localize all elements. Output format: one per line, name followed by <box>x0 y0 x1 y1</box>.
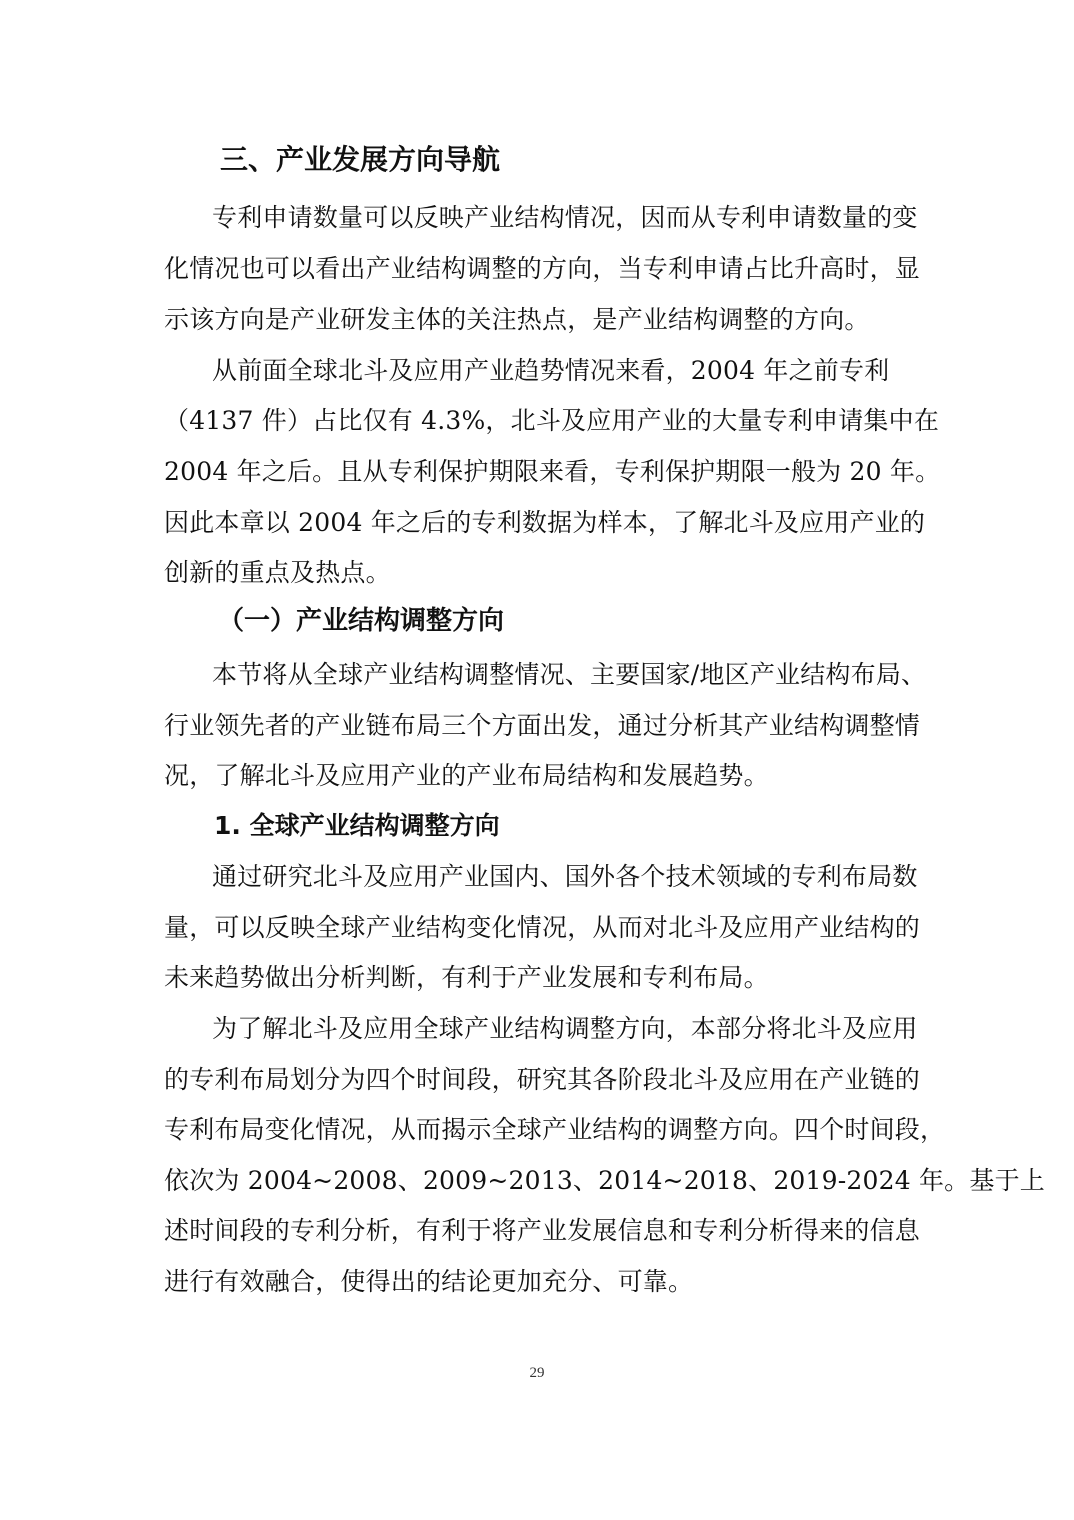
paragraph-2-line: 从前面全球北斗及应用产业趋势情况来看，2004 年之前专利 <box>212 356 912 386</box>
subsection-heading: （一）产业结构调整方向 <box>218 605 504 637</box>
paragraph-4-line: 量，可以反映全球产业结构变化情况，从而对北斗及应用产业结构的 <box>164 913 912 943</box>
paragraph-1-line: 化情况也可以看出产业结构调整的方向，当专利申请占比升高时，显 <box>164 254 912 284</box>
paragraph-2-line: （4137 件）占比仅有 4.3%，北斗及应用产业的大量专利申请集中在 <box>164 406 912 436</box>
paragraph-5-line: 依次为 2004~2008、2009~2013、2014~2018、2019-2… <box>164 1166 912 1196</box>
subsubsection-heading: 1. 全球产业结构调整方向 <box>214 811 500 841</box>
paragraph-2-line: 创新的重点及热点。 <box>164 558 912 588</box>
document-page: 三、产业发展方向导航 专利申请数量可以反映产业结构情况，因而从专利申请数量的变 … <box>0 0 1074 1520</box>
paragraph-5-line: 的专利布局划分为四个时间段，研究其各阶段北斗及应用在产业链的 <box>164 1065 912 1095</box>
section-heading: 三、产业发展方向导航 <box>220 143 500 177</box>
paragraph-4-line: 未来趋势做出分析判断，有利于产业发展和专利布局。 <box>164 963 912 993</box>
paragraph-4-line: 通过研究北斗及应用产业国内、国外各个技术领域的专利布局数 <box>212 862 912 892</box>
paragraph-5-line: 为了解北斗及应用全球产业结构调整方向，本部分将北斗及应用 <box>212 1014 912 1044</box>
paragraph-5-line: 专利布局变化情况，从而揭示全球产业结构的调整方向。四个时间段， <box>164 1115 912 1145</box>
paragraph-3-line: 本节将从全球产业结构调整情况、主要国家/地区产业结构布局、 <box>212 660 912 690</box>
paragraph-3-line: 况，了解北斗及应用产业的产业布局结构和发展趋势。 <box>164 761 912 791</box>
paragraph-1-line: 示该方向是产业研发主体的关注热点，是产业结构调整的方向。 <box>164 305 912 335</box>
paragraph-5-line: 进行有效融合，使得出的结论更加充分、可靠。 <box>164 1267 912 1297</box>
page-number: 29 <box>0 1365 1074 1382</box>
paragraph-2-line: 因此本章以 2004 年之后的专利数据为样本，了解北斗及应用产业的 <box>164 508 912 538</box>
paragraph-5-line: 述时间段的专利分析，有利于将产业发展信息和专利分析得来的信息 <box>164 1216 912 1246</box>
paragraph-2-line: 2004 年之后。且从专利保护期限来看，专利保护期限一般为 20 年。 <box>164 457 912 487</box>
paragraph-1-line: 专利申请数量可以反映产业结构情况，因而从专利申请数量的变 <box>212 203 912 233</box>
paragraph-3-line: 行业领先者的产业链布局三个方面出发，通过分析其产业结构调整情 <box>164 711 912 741</box>
